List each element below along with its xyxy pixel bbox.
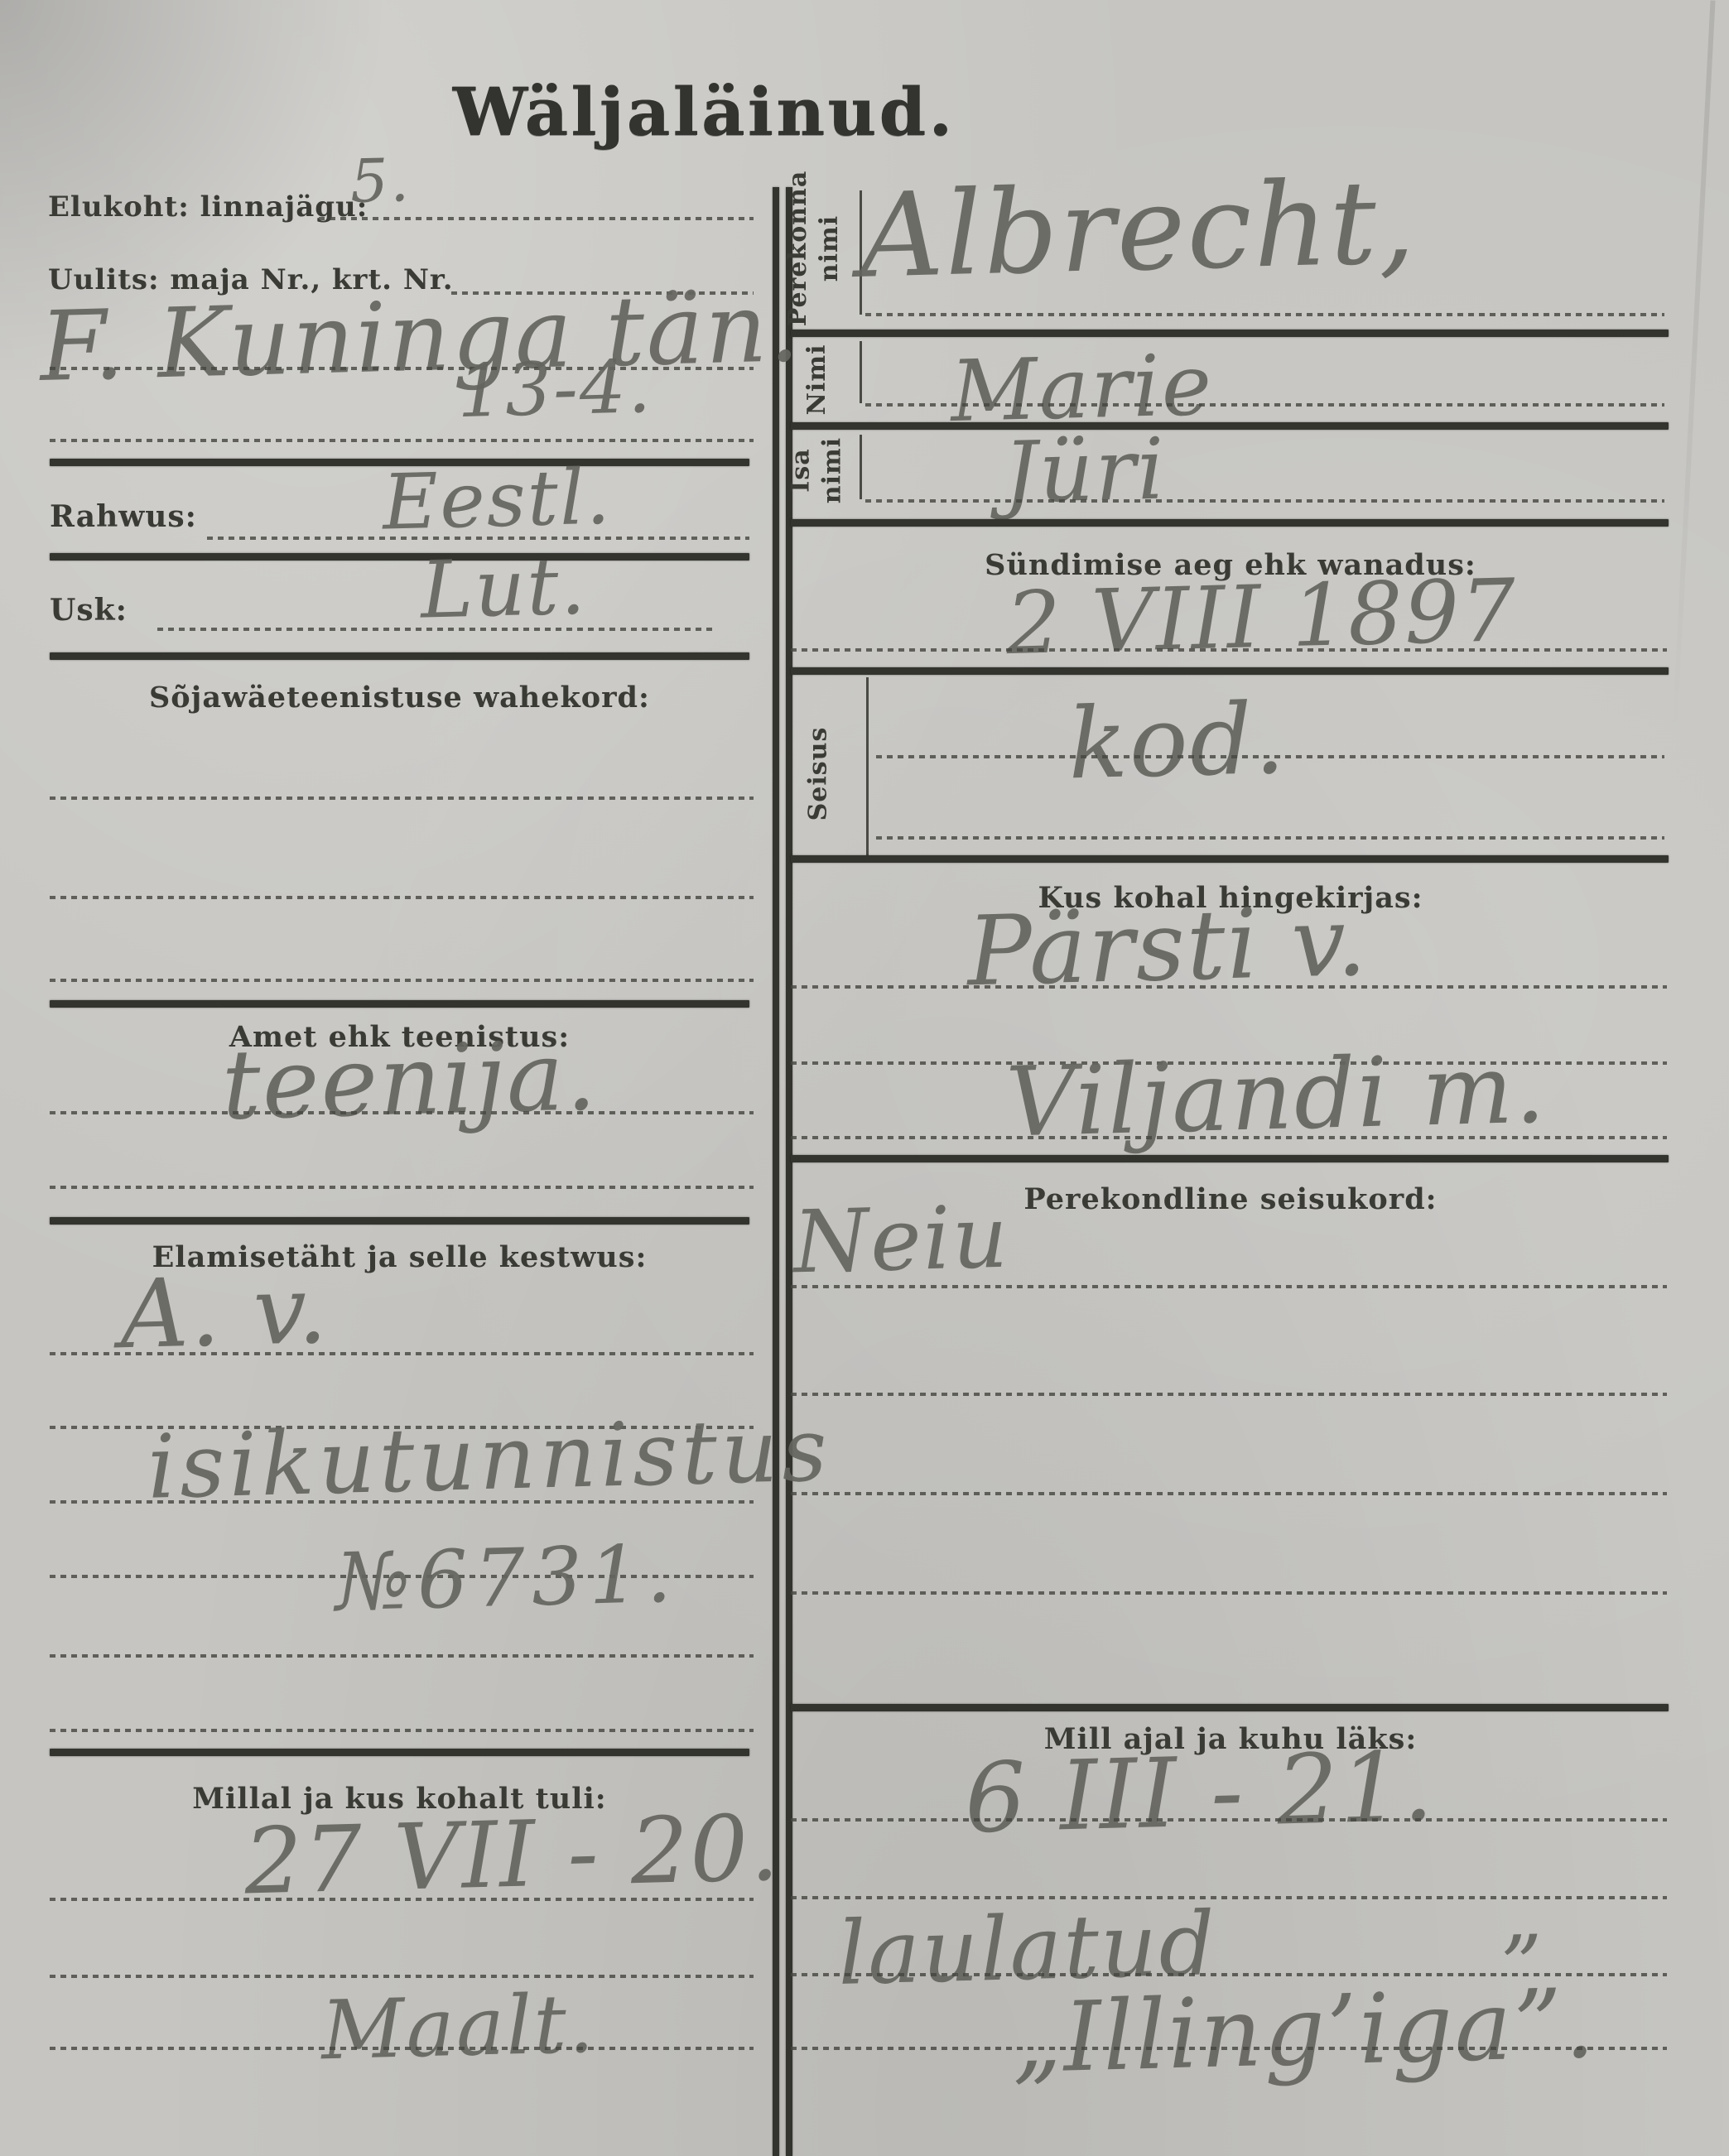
dotted-line bbox=[865, 313, 1664, 316]
label-divider-line bbox=[860, 435, 862, 499]
section-rule bbox=[50, 553, 749, 561]
religion-entry: Lut. bbox=[420, 541, 588, 636]
dotted-line bbox=[876, 755, 1664, 758]
section-rule bbox=[791, 422, 1669, 430]
dotted-line bbox=[50, 896, 754, 899]
dotted-line bbox=[50, 1898, 754, 1901]
section-rule bbox=[50, 652, 749, 660]
label-divider-line bbox=[860, 341, 862, 403]
father-name-label: Isa nimi bbox=[786, 431, 855, 510]
departure-date-entry: 6 III - 21. bbox=[963, 1731, 1436, 1855]
dotted-line bbox=[791, 1591, 1667, 1595]
residence-district-entry: 5. bbox=[349, 145, 412, 216]
social-status-entry: kod. bbox=[1067, 681, 1288, 801]
departure-spouse-entry: „Illing’iga”. bbox=[1010, 1968, 1597, 2095]
label-divider-line bbox=[866, 677, 869, 855]
dotted-line bbox=[50, 1111, 754, 1114]
dotted-line bbox=[50, 1729, 754, 1732]
dotted-line bbox=[50, 1352, 754, 1355]
dotted-line bbox=[50, 1975, 754, 1978]
social-status-label: Seisus bbox=[803, 716, 840, 832]
dotted-line bbox=[865, 499, 1664, 503]
dotted-line bbox=[791, 1136, 1667, 1139]
arrival-place-entry: Maalt. bbox=[320, 1977, 597, 2079]
father-name-entry: Jüri bbox=[1002, 420, 1167, 522]
street-entry: F. Kuninga tän. bbox=[38, 272, 802, 403]
religion-label: Usk: bbox=[50, 593, 128, 628]
dotted-line bbox=[319, 217, 754, 220]
dotted-line bbox=[50, 1500, 754, 1504]
firstname-label: Nimi bbox=[802, 328, 839, 431]
house-number-entry: 13-4. bbox=[456, 344, 653, 434]
form-title: Wäljaläinud. bbox=[389, 73, 1019, 151]
surname-label: Perekonna nimi bbox=[783, 170, 862, 327]
nationality-label: Rahwus: bbox=[50, 499, 197, 534]
marital-status-entry: Neiu bbox=[792, 1186, 1010, 1293]
section-rule bbox=[50, 1749, 749, 1756]
section-rule bbox=[791, 519, 1669, 527]
dotted-line bbox=[876, 836, 1664, 840]
dotted-line bbox=[791, 1285, 1667, 1288]
dotted-line bbox=[50, 796, 754, 800]
parish-register-entry-1: Pärsti v. bbox=[966, 886, 1370, 1008]
section-rule bbox=[791, 1155, 1669, 1162]
dotted-line bbox=[50, 979, 754, 982]
parish-register-entry-2: Viljandi m. bbox=[1004, 1032, 1548, 1158]
dotted-line bbox=[791, 985, 1667, 989]
surname-entry: Albrecht, bbox=[858, 155, 1418, 305]
section-rule bbox=[50, 1000, 749, 1008]
dotted-line bbox=[50, 1654, 754, 1658]
military-service-label: Sõjawäeteenistuse wahekord: bbox=[50, 681, 749, 715]
dotted-line bbox=[791, 1492, 1667, 1495]
dotted-line bbox=[791, 2047, 1667, 2050]
section-rule bbox=[50, 1217, 749, 1225]
section-rule bbox=[791, 667, 1669, 675]
section-rule bbox=[791, 855, 1669, 863]
dotted-line bbox=[50, 1186, 754, 1189]
dotted-line bbox=[50, 439, 754, 442]
dotted-line bbox=[791, 648, 1667, 652]
registration-card: Wäljaläinud. Elukoht: linnajägu: 5. Uuli… bbox=[0, 0, 1729, 2156]
nationality-entry: Eestl. bbox=[382, 452, 613, 546]
dotted-line bbox=[50, 2047, 754, 2050]
birthdate-entry: 2 VIII 1897 bbox=[1005, 560, 1519, 674]
dotted-line bbox=[865, 403, 1664, 407]
arrival-date-entry: 27 VII - 20. bbox=[243, 1795, 781, 1915]
residence-permit-entry-3: №6731. bbox=[335, 1528, 679, 1629]
section-rule bbox=[791, 1704, 1669, 1711]
dotted-line bbox=[791, 1393, 1667, 1396]
section-rule bbox=[791, 330, 1669, 337]
occupation-entry: teenija. bbox=[220, 1020, 599, 1142]
dotted-line bbox=[791, 1818, 1667, 1822]
dotted-line bbox=[791, 1896, 1667, 1899]
